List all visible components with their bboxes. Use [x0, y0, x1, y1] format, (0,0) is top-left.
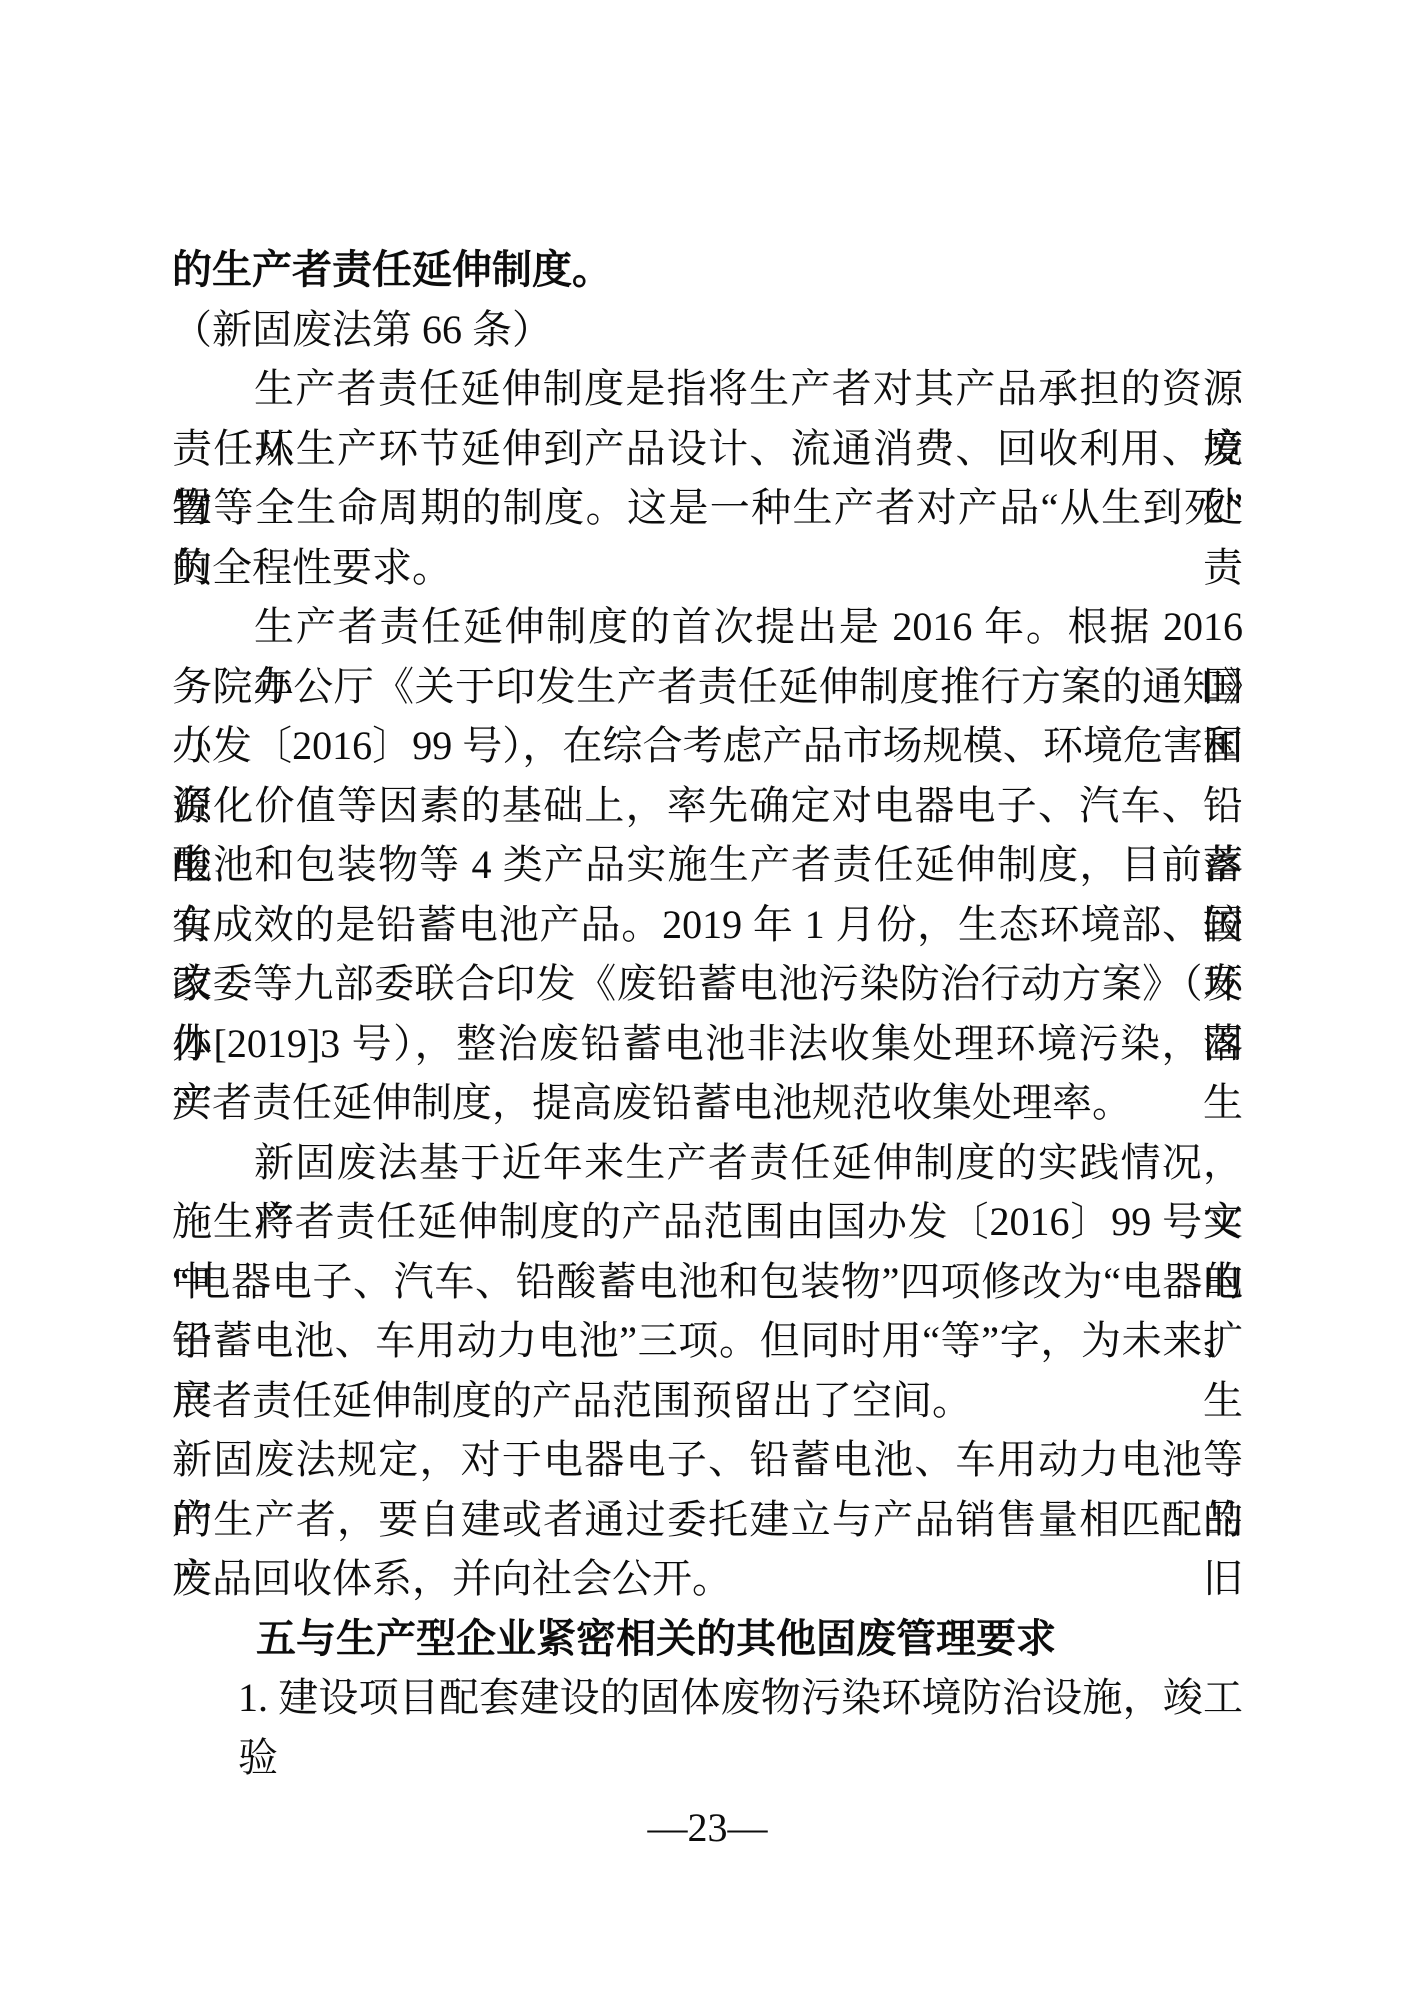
body-line: 办发〔2016〕99 号），在综合考虑产品市场规模、环境危害和资: [172, 716, 1243, 776]
document-page: 的生产者责任延伸制度。 （新固废法第 66 条） 生产者责任延伸制度是指将生产者…: [0, 0, 1415, 2000]
body-line: 置等全生命周期的制度。这是一种生产者对产品“从生到死”负责: [172, 478, 1243, 538]
body-line: 体[2019]3 号），整治废铅蓄电池非法收集处理环境污染，落实生: [172, 1014, 1243, 1074]
body-line: 责任从生产环节延伸到产品设计、流通消费、回收利用、废物处: [172, 419, 1243, 479]
body-line: 产者责任延伸制度，提高废铅蓄电池规范收集处理率。: [172, 1073, 1243, 1133]
body-line: 改委等九部委联合印发《废铅蓄电池污染防治行动方案》（环办固: [172, 954, 1243, 1014]
law-reference-line: （新固废法第 66 条）: [172, 300, 1243, 360]
body-line: 的生产者，要自建或者通过委托建立与产品销售量相匹配的废旧: [172, 1490, 1243, 1550]
section-heading: 五与生产型企业紧密相关的其他固废管理要求: [172, 1609, 1243, 1669]
body-line: 源化价值等因素的基础上，率先确定对电器电子、汽车、铅酸蓄: [172, 776, 1243, 836]
body-line: 新固废法规定，对于电器电子、铅蓄电池、车用动力电池等产品: [172, 1430, 1243, 1490]
body-line: 新固废法基于近年来生产者责任延伸制度的实践情况，将实: [172, 1133, 1243, 1193]
page-number: —23—: [0, 1806, 1415, 1850]
body-line: 电池和包装物等 4 类产品实施生产者责任延伸制度，目前落实较: [172, 835, 1243, 895]
body-line: 铅蓄电池、车用动力电池”三项。但同时用“等”字，为未来扩展生: [172, 1311, 1243, 1371]
body-line: 有成效的是铅蓄电池产品。2019 年 1 月份，生态环境部、国家发: [172, 895, 1243, 955]
body-line: 生产者责任延伸制度是指将生产者对其产品承担的资源环境: [172, 359, 1243, 419]
body-line: “电器电子、汽车、铅酸蓄电池和包装物”四项修改为“电器电子、: [172, 1252, 1243, 1312]
body-line: 施生产者责任延伸制度的产品范围由国办发〔2016〕99 号文中的: [172, 1192, 1243, 1252]
body-line: 务院办公厅《关于印发生产者责任延伸制度推行方案的通知》（国: [172, 657, 1243, 717]
document-text-block: 的生产者责任延伸制度。 （新固废法第 66 条） 生产者责任延伸制度是指将生产者…: [172, 240, 1243, 1728]
body-line: 生产者责任延伸制度的首次提出是 2016 年。根据 2016 年国: [172, 597, 1243, 657]
numbered-item-line: 1. 建设项目配套建设的固体废物污染环境防治设施，竣工验: [172, 1668, 1243, 1728]
heading-continuation-line: 的生产者责任延伸制度。: [172, 240, 1243, 300]
